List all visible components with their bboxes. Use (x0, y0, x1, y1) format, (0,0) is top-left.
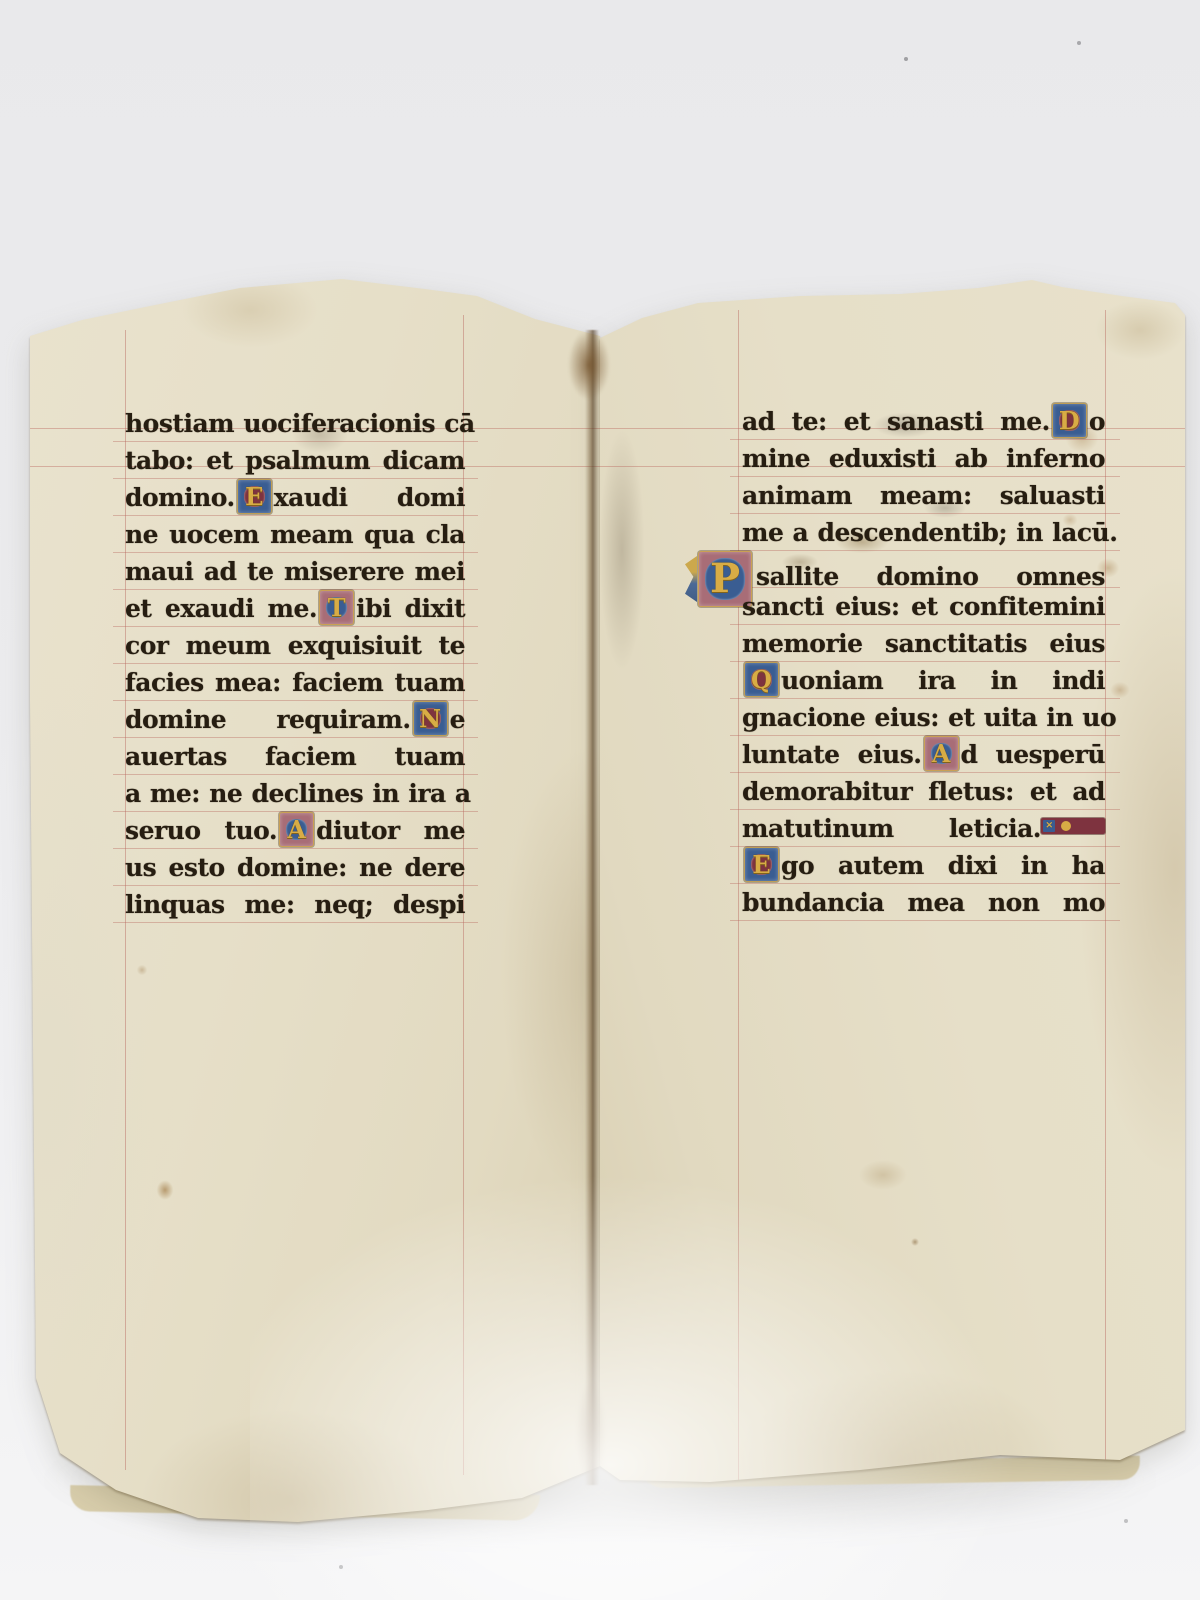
initial-letter: N (414, 702, 447, 735)
gothic-text: e (450, 705, 465, 734)
dust-specks (0, 0, 2, 2)
manuscript-text-line: cor meum exquisiuit te (125, 627, 465, 664)
line-filler-ornament: ✕ (1041, 818, 1105, 834)
manuscript-text-line: et exaudi me.Tibi dixit (125, 590, 465, 627)
gothic-text: us esto domine: ne dere (125, 853, 465, 882)
manuscript-text-line: mine eduxisti ab inferno (742, 440, 1105, 477)
gothic-text: tabo: et psalmum dicam (125, 446, 465, 475)
initial-letter: Q (745, 663, 778, 696)
filler-gold-dot (1061, 821, 1071, 831)
illuminated-initial-q: Q (744, 662, 779, 697)
manuscript-text-line: demorabitur fletus: et ad (742, 773, 1105, 810)
left-page-vellum: hostiam uociferacionis cātabo: et psalmu… (30, 270, 600, 1532)
manuscript-text-line: auertas faciem tuam (125, 738, 465, 775)
gothic-text: linquas me: neq; despi (125, 890, 465, 919)
gothic-text: o (1089, 407, 1105, 436)
right-page-vellum: ad te: et sanasti me.Domine eduxisti ab … (600, 270, 1185, 1500)
right-text-block: ad te: et sanasti me.Domine eduxisti ab … (742, 403, 1105, 923)
binding-gutter (585, 330, 599, 1485)
manuscript-text-line: ne uocem meam qua cla (125, 516, 465, 553)
manuscript-text-line: a me: ne declines in ira a (125, 775, 465, 812)
manuscript-text-line: animam meam: saluasti (742, 477, 1105, 514)
manuscript-text-line: luntate eius.Ad uesperū (742, 736, 1105, 773)
gothic-text: seruo tuo. (125, 816, 277, 845)
manuscript-text-line: gnacione eius: et uita in uo (742, 699, 1105, 736)
manuscript-text-line: linquas me: neq; despi (125, 886, 465, 923)
gothic-text: d uesperū (961, 740, 1105, 769)
gothic-text: cor meum exquisiuit te (125, 631, 465, 660)
gothic-text: animam meam: saluasti (742, 481, 1105, 510)
illuminated-initial-t: T (319, 590, 354, 625)
left-page: hostiam uociferacionis cātabo: et psalmu… (30, 270, 600, 1532)
gothic-text: luntate eius. (742, 740, 922, 769)
illuminated-initial-e: E (237, 479, 272, 514)
initial-letter: E (745, 848, 778, 881)
manuscript-text-line: matutinum leticia.✕ (742, 810, 1105, 847)
gothic-text: et exaudi me. (125, 594, 317, 623)
right-page: ad te: et sanasti me.Domine eduxisti ab … (600, 270, 1185, 1500)
manuscript-text-line: Ego autem dixi in ha (742, 847, 1105, 884)
gothic-text: hostiam uociferacionis cā (125, 409, 475, 438)
gothic-text: memorie sanctitatis eius (742, 629, 1105, 658)
gothic-text: xaudi domi (274, 483, 465, 512)
gothic-text: demorabitur fletus: et ad (742, 777, 1105, 806)
manuscript-text-line: sancti eius: et confitemini (742, 588, 1105, 625)
gothic-text: ne uocem meam qua cla (125, 520, 465, 549)
illuminated-initial-a: A (279, 812, 314, 847)
manuscript-text-line: memorie sanctitatis eius (742, 625, 1105, 662)
gothic-text: auertas faciem tuam (125, 742, 465, 771)
manuscript-text-line: hostiam uociferacionis cā (125, 405, 465, 442)
illuminated-initial-n: N (413, 701, 448, 736)
manuscript-text-line: seruo tuo.Adiutor me (125, 812, 465, 849)
gothic-text: domino. (125, 483, 235, 512)
gothic-text: gnacione eius: et uita in uo (742, 703, 1116, 732)
gothic-text: mine eduxisti ab inferno (742, 444, 1105, 473)
gothic-text: facies mea: faciem tuam (125, 668, 465, 697)
manuscript-text-line: Quoniam ira in indi (742, 662, 1105, 699)
gothic-text: matutinum leticia. (742, 814, 1041, 843)
illuminated-initial-a: A (924, 736, 959, 771)
gothic-text: sallite domino omnes (756, 562, 1105, 591)
gothic-text: uoniam ira in indi (781, 666, 1105, 695)
manuscript-text-line: bundancia mea non mo (742, 884, 1105, 921)
gothic-text: go autem dixi in ha (781, 851, 1105, 880)
gothic-text: maui ad te miserere mei (125, 557, 465, 586)
initial-letter: A (925, 737, 958, 770)
manuscript-text-line: ad te: et sanasti me.Do (742, 403, 1105, 440)
binding-gutter-top-stain (568, 330, 610, 400)
manuscript-text-line: us esto domine: ne dere (125, 849, 465, 886)
binding-gutter-bottom-stain (576, 1380, 606, 1490)
manuscript-text-line: tabo: et psalmum dicam (125, 442, 465, 479)
initial-letter: E (238, 480, 271, 513)
manuscript-text-line: me a descendentib; in lacū. (742, 514, 1105, 551)
left-text-block: hostiam uociferacionis cātabo: et psalmu… (125, 405, 465, 925)
gothic-text: a me: ne declines in ira a (125, 779, 471, 808)
photo-scene: hostiam uociferacionis cātabo: et psalmu… (0, 0, 1200, 1600)
manuscript-text-line: Psallite domino omnes (742, 551, 1105, 588)
manuscript-text-line: maui ad te miserere mei (125, 553, 465, 590)
gothic-text: sancti eius: et confitemini (742, 592, 1105, 621)
gothic-text: domine requiram. (125, 705, 411, 734)
gothic-text: ad te: et sanasti me. (742, 407, 1050, 436)
manuscript-text-line: domino.Exaudi domi (125, 479, 465, 516)
gothic-text: bundancia mea non mo (742, 888, 1105, 917)
initial-letter: A (280, 813, 313, 846)
filler-blue-square: ✕ (1043, 820, 1055, 832)
gothic-text: me a descendentib; in lacū. (742, 518, 1117, 547)
initial-letter: D (1053, 404, 1086, 437)
illuminated-initial-e: E (744, 847, 779, 882)
manuscript-text-line: domine requiram.Ne (125, 701, 465, 738)
manuscript-text-line: facies mea: faciem tuam (125, 664, 465, 701)
gothic-text: ibi dixit (356, 594, 465, 623)
illuminated-initial-d: D (1052, 403, 1087, 438)
gothic-text: diutor me (316, 816, 465, 845)
initial-letter: T (320, 591, 353, 624)
